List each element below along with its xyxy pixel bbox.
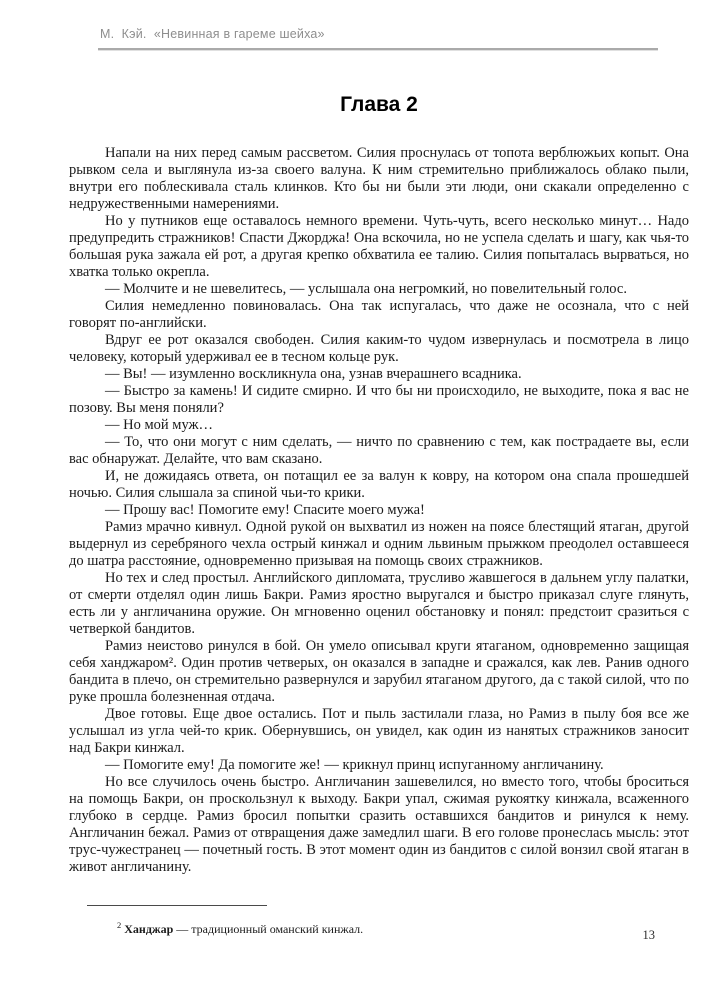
paragraph: Силия немедленно повиновалась. Она так и… (69, 298, 689, 332)
footnote: 2Ханджар — традиционный оманский кинжал. (69, 918, 689, 937)
book-page: М. Кэй. «Невинная в гареме шейха» Глава … (0, 0, 707, 1000)
header-rule (98, 48, 658, 51)
paragraph: — Вы! — изумленно воскликнула она, узнав… (69, 366, 689, 383)
paragraph: И, не дожидаясь ответа, он потащил ее за… (69, 468, 689, 502)
paragraph: Но у путников еще оставалось немного вре… (69, 213, 689, 281)
paragraph: — Помогите ему! Да помогите же! — крикну… (69, 757, 689, 774)
footnote-separator (87, 905, 267, 906)
paragraph: Но тех и след простыл. Английского дипло… (69, 570, 689, 638)
paragraph: Вдруг ее рот оказался свободен. Силия ка… (69, 332, 689, 366)
page-number: 13 (643, 928, 656, 943)
paragraph: — Прошу вас! Помогите ему! Спасите моего… (69, 502, 689, 519)
paragraph: — То, что они могут с ним сделать, — нич… (69, 434, 689, 468)
paragraph: Но все случилось очень быстро. Англичани… (69, 774, 689, 876)
paragraph: Напали на них перед самым рассветом. Сил… (69, 145, 689, 213)
paragraph: — Но мой муж… (69, 417, 689, 434)
paragraph: Рамиз мрачно кивнул. Одной рукой он выхв… (69, 519, 689, 570)
footnote-term: Ханджар (124, 922, 173, 936)
paragraph: — Быстро за камень! И сидите смирно. И ч… (69, 383, 689, 417)
paragraph: Двое готовы. Еще двое остались. Пот и пы… (69, 706, 689, 757)
running-header: М. Кэй. «Невинная в гареме шейха» (100, 27, 660, 41)
body-text: Напали на них перед самым рассветом. Сил… (69, 145, 689, 876)
footnote-definition: — традиционный оманский кинжал. (173, 922, 363, 936)
chapter-title: Глава 2 (69, 93, 689, 117)
paragraph: — Молчите и не шевелитесь, — услышала он… (69, 281, 689, 298)
paragraph: Рамиз неистово ринулся в бой. Он умело о… (69, 638, 689, 706)
footnote-marker: 2 (117, 920, 121, 930)
